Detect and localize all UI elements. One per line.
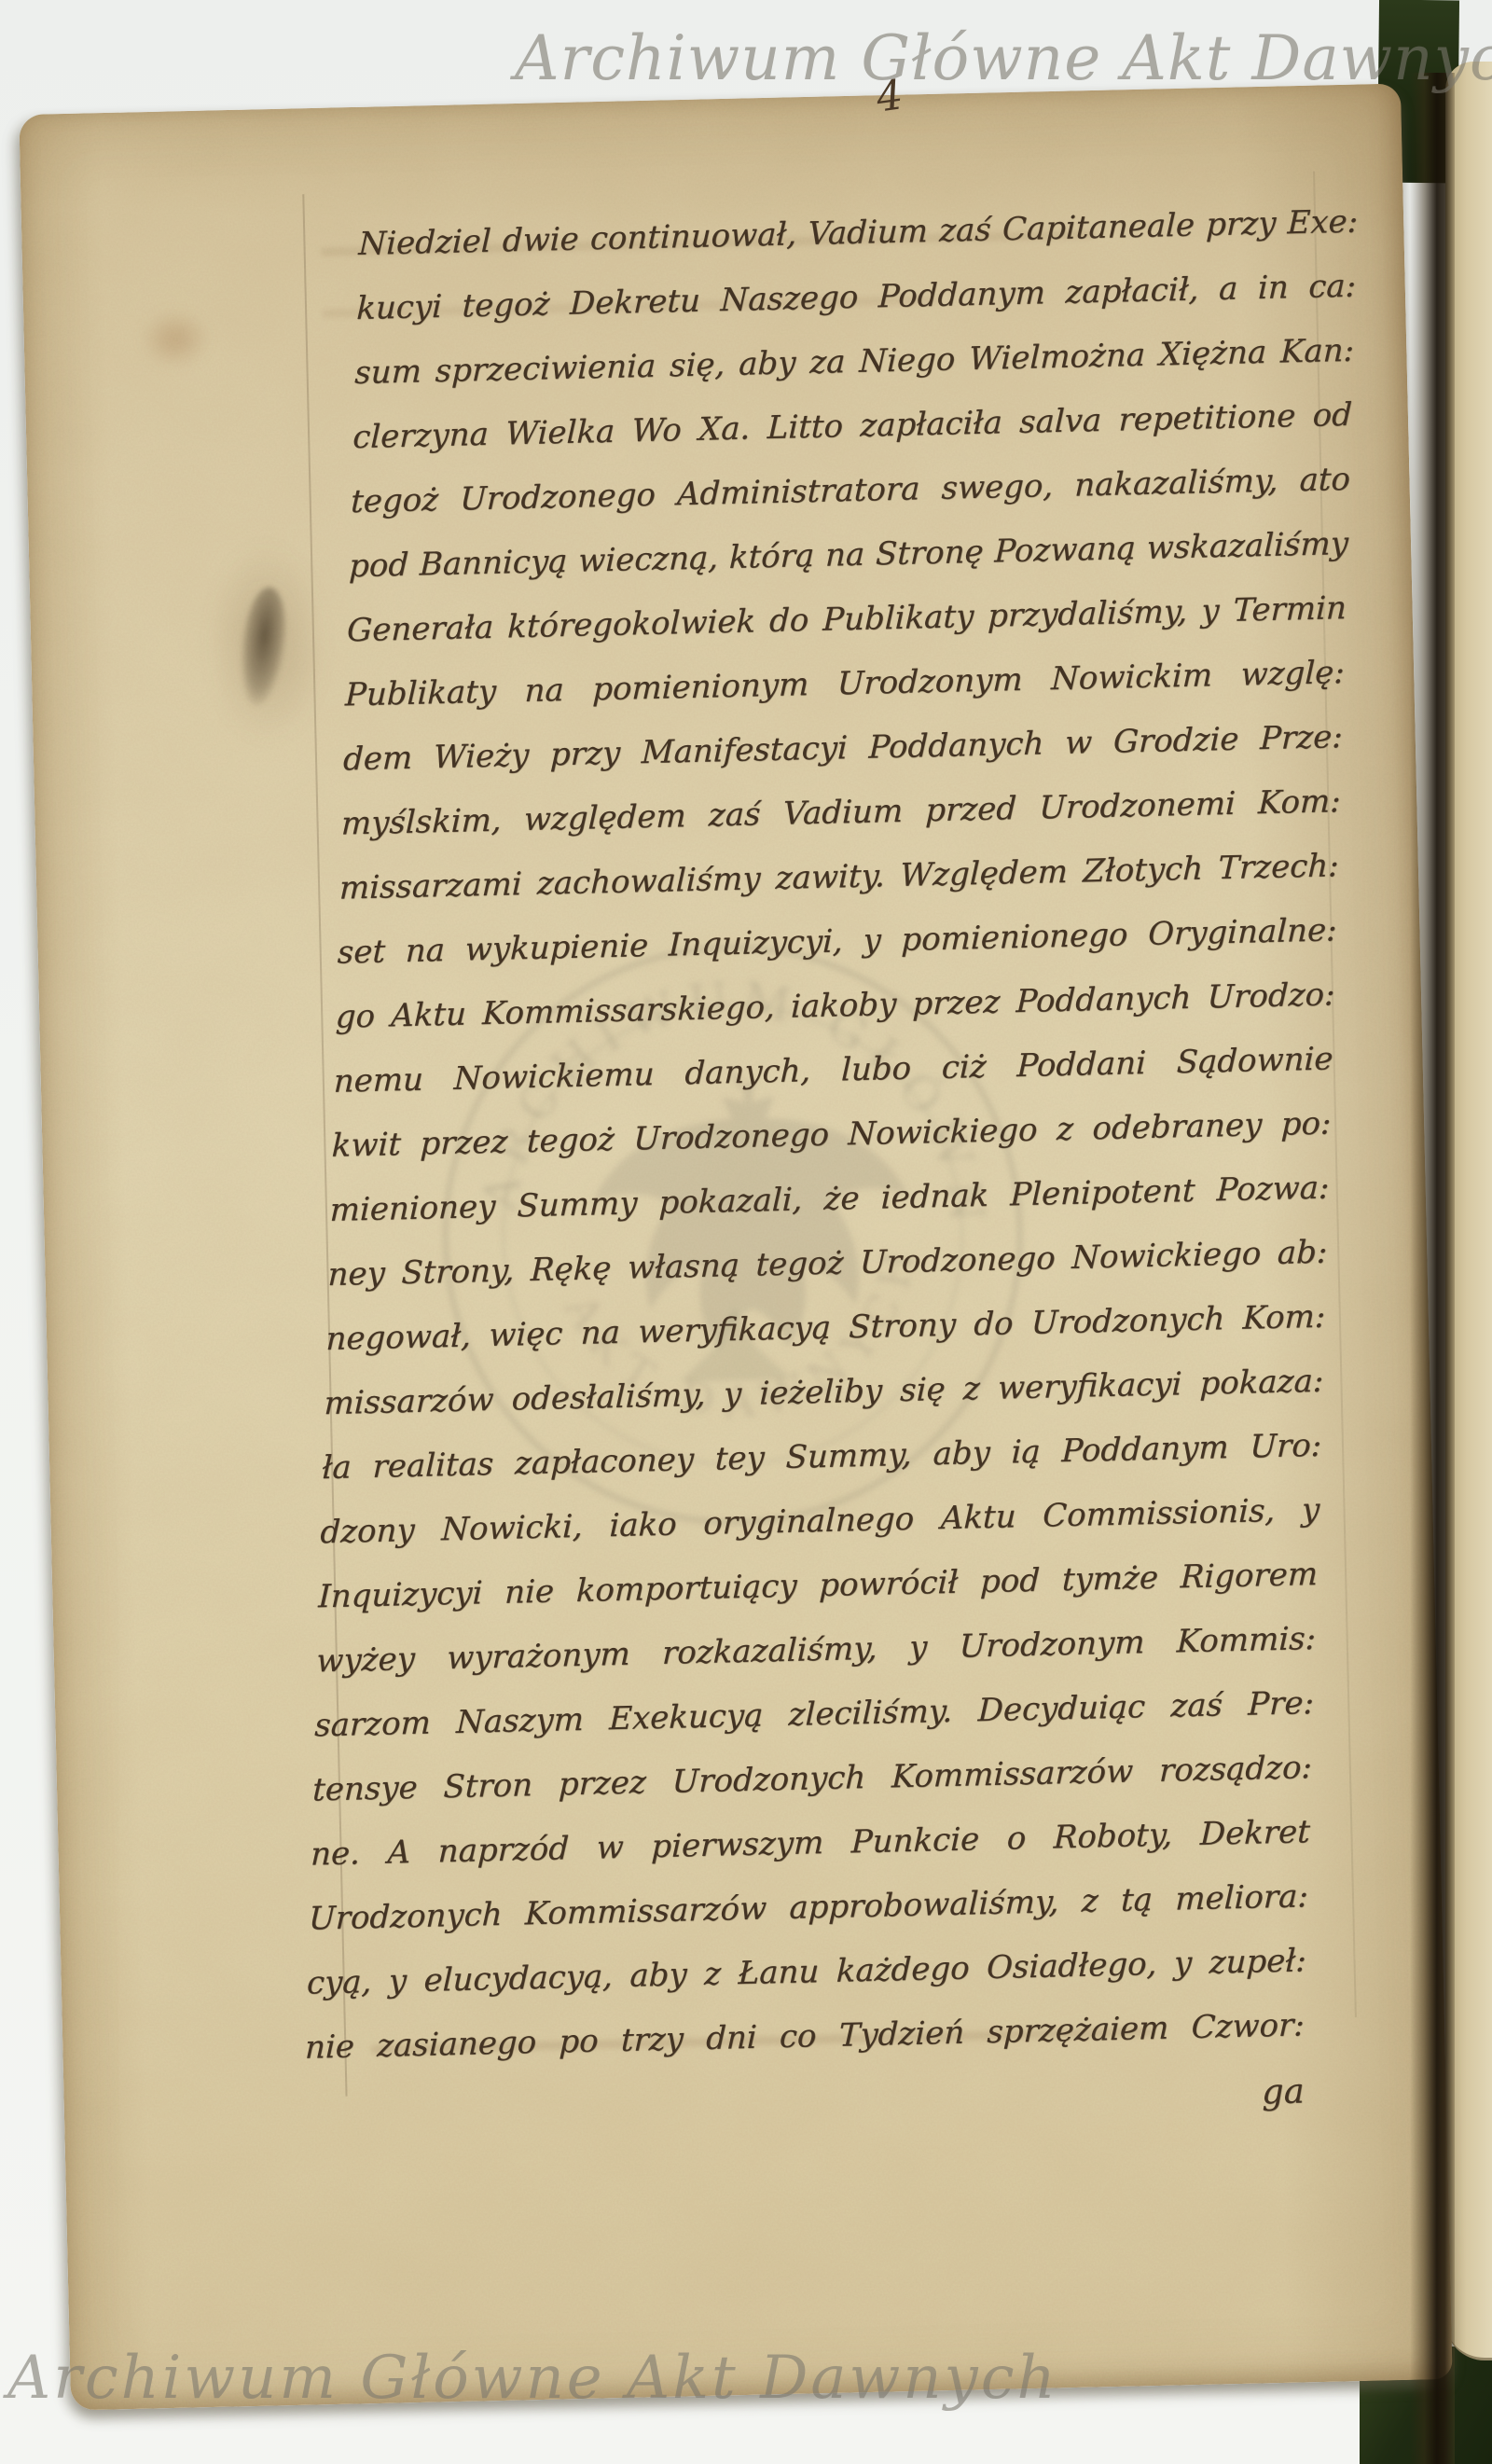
- manuscript-page: ARCHIWUM GŁÓWNE AKT DAWNYCH Niedziel dwi…: [19, 84, 1452, 2411]
- gutter-shadow: [1410, 73, 1455, 2464]
- archive-watermark-bottom: Archiwum Główne Akt Dawnych: [7, 2348, 1058, 2408]
- catchword: ga: [1164, 2072, 1305, 2112]
- manuscript-text: Niedziel dwie continuował, Vadium zaś Ca…: [304, 195, 1359, 2085]
- paper-stain: [139, 309, 211, 370]
- photo-backdrop: ARCHIWUM GŁÓWNE AKT DAWNYCH Niedziel dwi…: [0, 0, 1492, 2464]
- archive-watermark-top: Archiwum Główne Akt Dawnych: [515, 28, 1492, 90]
